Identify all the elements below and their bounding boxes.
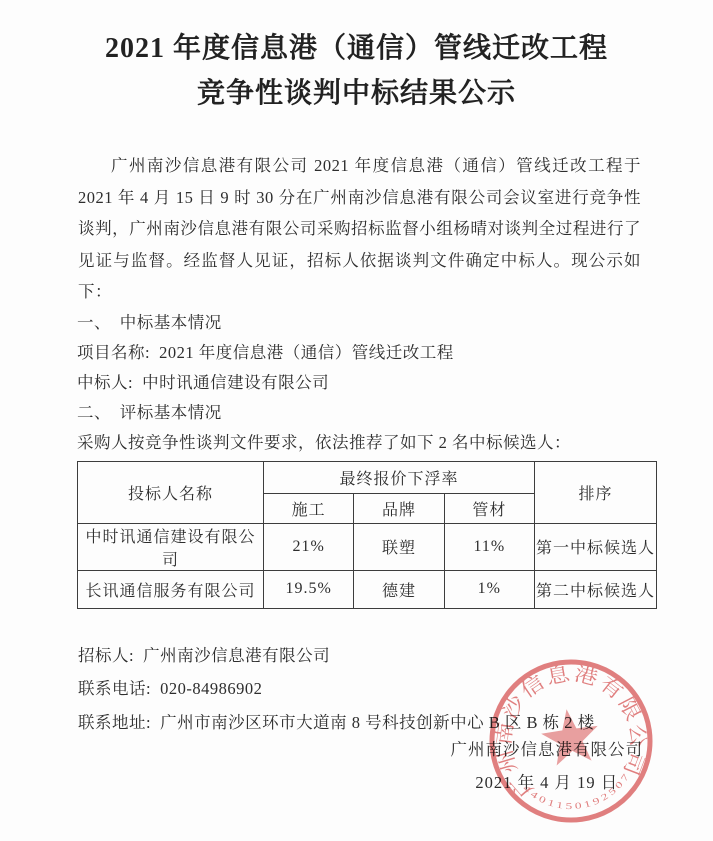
col-header-brand: 品牌 — [354, 493, 444, 523]
candidates-table: 投标人名称 最终报价下浮率 排序 施工 品牌 管材 中时讯通信建设有限公司 21… — [77, 461, 657, 609]
table-header-row-top: 投标人名称 最终报价下浮率 排序 — [78, 461, 657, 493]
cell-construction: 19.5% — [264, 570, 354, 608]
address-label: 联系地址: — [78, 713, 151, 732]
document-title-line2: 竞争性谈判中标结果公示 — [0, 71, 713, 116]
col-header-pipe: 管材 — [444, 493, 534, 523]
phone-label: 联系电话: — [78, 679, 151, 698]
cell-rank: 第二中标候选人 — [535, 570, 657, 608]
document-title-line1: 2021 年度信息港（通信）管线迁改工程 — [0, 26, 713, 71]
phone-value: 020-84986902 — [160, 679, 262, 698]
winner-value: 中时讯通信建设有限公司 — [142, 373, 329, 392]
tenderer-value: 广州南沙信息港有限公司 — [143, 646, 330, 665]
project-name-line: 项目名称:2021 年度信息港（通信）管线迁改工程 — [77, 338, 641, 368]
table-row: 长讯通信服务有限公司 19.5% 德建 1% 第二中标候选人 — [78, 570, 657, 608]
cell-bidder: 中时讯通信建设有限公司 — [78, 523, 264, 570]
col-header-construction: 施工 — [264, 493, 354, 523]
info-section: 一、 中标基本情况 项目名称:2021 年度信息港（通信）管线迁改工程 中标人:… — [77, 308, 641, 458]
document-title: 2021 年度信息港（通信）管线迁改工程 竞争性谈判中标结果公示 — [0, 26, 713, 116]
cell-rank: 第一中标候选人 — [535, 523, 657, 570]
signature-company: 广州南沙信息港有限公司 — [451, 733, 644, 766]
cell-brand: 联塑 — [354, 523, 444, 570]
cell-pipe: 11% — [444, 523, 534, 570]
project-name-label: 项目名称: — [77, 343, 150, 362]
table-row: 中时讯通信建设有限公司 21% 联塑 11% 第一中标候选人 — [78, 523, 657, 570]
announcement-document: 2021 年度信息港（通信）管线迁改工程 竞争性谈判中标结果公示 广州南沙信息港… — [0, 0, 713, 841]
tenderer-label: 招标人: — [78, 646, 134, 665]
phone-line: 联系电话:020-84986902 — [78, 672, 641, 706]
project-name-value: 2021 年度信息港（通信）管线迁改工程 — [159, 343, 454, 362]
winner-line: 中标人:中时讯通信建设有限公司 — [77, 368, 641, 398]
cell-bidder: 长讯通信服务有限公司 — [78, 570, 264, 608]
contact-section: 招标人:广州南沙信息港有限公司 联系电话:020-84986902 联系地址:广… — [78, 639, 641, 740]
signature-block: 广州南沙信息港有限公司 2021 年 4 月 19 日 — [451, 733, 644, 799]
candidates-intro: 采购人按竞争性谈判文件要求，依法推荐了如下 2 名中标候选人： — [77, 428, 641, 458]
cell-construction: 21% — [264, 523, 354, 570]
col-header-discount-group: 最终报价下浮率 — [264, 461, 535, 493]
winner-label: 中标人: — [77, 373, 133, 392]
intro-paragraph: 广州南沙信息港有限公司 2021 年度信息港（通信）管线迁改工程于 2021 年… — [78, 150, 641, 308]
cell-pipe: 1% — [444, 570, 534, 608]
address-value: 广州市南沙区环市大道南 8 号科技创新中心 B 区 B 栋 2 楼 — [160, 713, 595, 732]
section-eval-heading: 二、 评标基本情况 — [77, 398, 641, 428]
cell-brand: 德建 — [354, 570, 444, 608]
tenderer-line: 招标人:广州南沙信息港有限公司 — [78, 639, 641, 673]
col-header-rank: 排序 — [535, 461, 657, 523]
col-header-bidder: 投标人名称 — [78, 461, 264, 523]
signature-date: 2021 年 4 月 19 日 — [451, 766, 644, 799]
section-award-heading: 一、 中标基本情况 — [77, 308, 641, 338]
